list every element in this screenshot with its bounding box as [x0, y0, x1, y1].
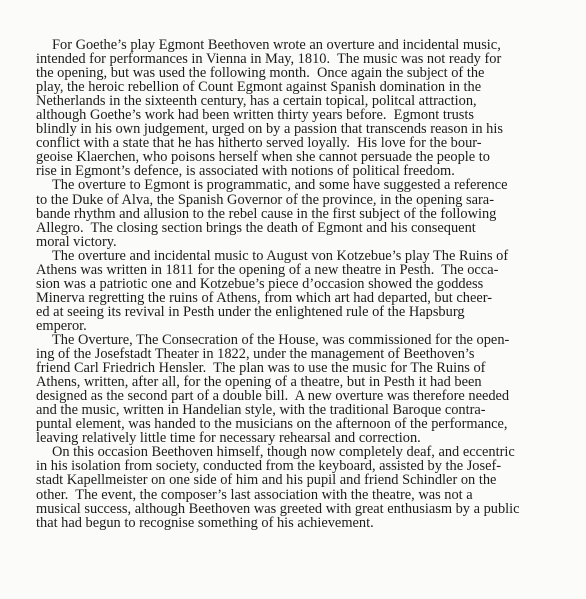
text-line: other. The event, the composer’s last as… — [36, 488, 552, 502]
text-line: although Goethe’s work had been written … — [36, 108, 552, 122]
text-line: bande rhythm and allusion to the rebel c… — [36, 207, 552, 221]
text-line: On this occasion Beethoven himself, thou… — [36, 445, 552, 459]
paragraph: For Goethe’s play Egmont Beethoven wrote… — [36, 38, 552, 178]
text-line: The overture and incidental music to Aug… — [36, 249, 552, 263]
text-line: geoise Klaerchen, who poisons herself wh… — [36, 150, 552, 164]
text-line: Athens, written, after all, for the open… — [36, 375, 552, 389]
text-line: to the Duke of Alva, the Spanish Governo… — [36, 193, 552, 207]
text-line: stadt Kapellmeister on one side of him a… — [36, 473, 552, 487]
text-line: Allegro. The closing section brings the … — [36, 221, 552, 235]
paragraph: The overture to Egmont is programmatic, … — [36, 178, 552, 248]
text-line: ing of the Josefstadt Theater in 1822, u… — [36, 347, 552, 361]
text-line: rise in Egmont’s defence, is associated … — [36, 164, 552, 178]
paragraph: The overture and incidental music to Aug… — [36, 249, 552, 333]
text-line: The Overture, The Consecration of the Ho… — [36, 333, 552, 347]
text-line: Athens was written in 1811 for the openi… — [36, 263, 552, 277]
paragraph: The Overture, The Consecration of the Ho… — [36, 333, 552, 445]
text-line: For Goethe’s play Egmont Beethoven wrote… — [36, 38, 552, 52]
text-line: puntal element, was handed to the musici… — [36, 417, 552, 431]
text-line: sion was a patriotic one and Kotzebue’s … — [36, 277, 552, 291]
text-line: friend Carl Friedrich Hensler. The plan … — [36, 361, 552, 375]
text-line: emperor. — [36, 319, 552, 333]
text-line: the opening, but was used the following … — [36, 66, 552, 80]
text-line: designed as the second part of a double … — [36, 389, 552, 403]
text-line: and the music, written in Handelian styl… — [36, 403, 552, 417]
text-line: intended for performances in Vienna in M… — [36, 52, 552, 66]
text-line: play, the heroic rebellion of Count Egmo… — [36, 80, 552, 94]
text-line: ed at seeing its revival in Pesth under … — [36, 305, 552, 319]
text-line: moral victory. — [36, 235, 552, 249]
paragraph: On this occasion Beethoven himself, thou… — [36, 445, 552, 529]
text-line: leaving relatively little time for neces… — [36, 431, 552, 445]
text-line: in his isolation from society, conducted… — [36, 459, 552, 473]
text-line: The overture to Egmont is programmatic, … — [36, 178, 552, 192]
liner-notes-page: For Goethe’s play Egmont Beethoven wrote… — [36, 38, 552, 530]
text-line: musical success, although Beethoven was … — [36, 502, 552, 516]
text-line: that had begun to recognise something of… — [36, 516, 552, 530]
text-line: conflict with a state that he has hither… — [36, 136, 552, 150]
text-line: blindly in his own judgement, urged on b… — [36, 122, 552, 136]
text-line: Netherlands in the sixteenth century, ha… — [36, 94, 552, 108]
text-line: Minerva regretting the ruins of Athens, … — [36, 291, 552, 305]
